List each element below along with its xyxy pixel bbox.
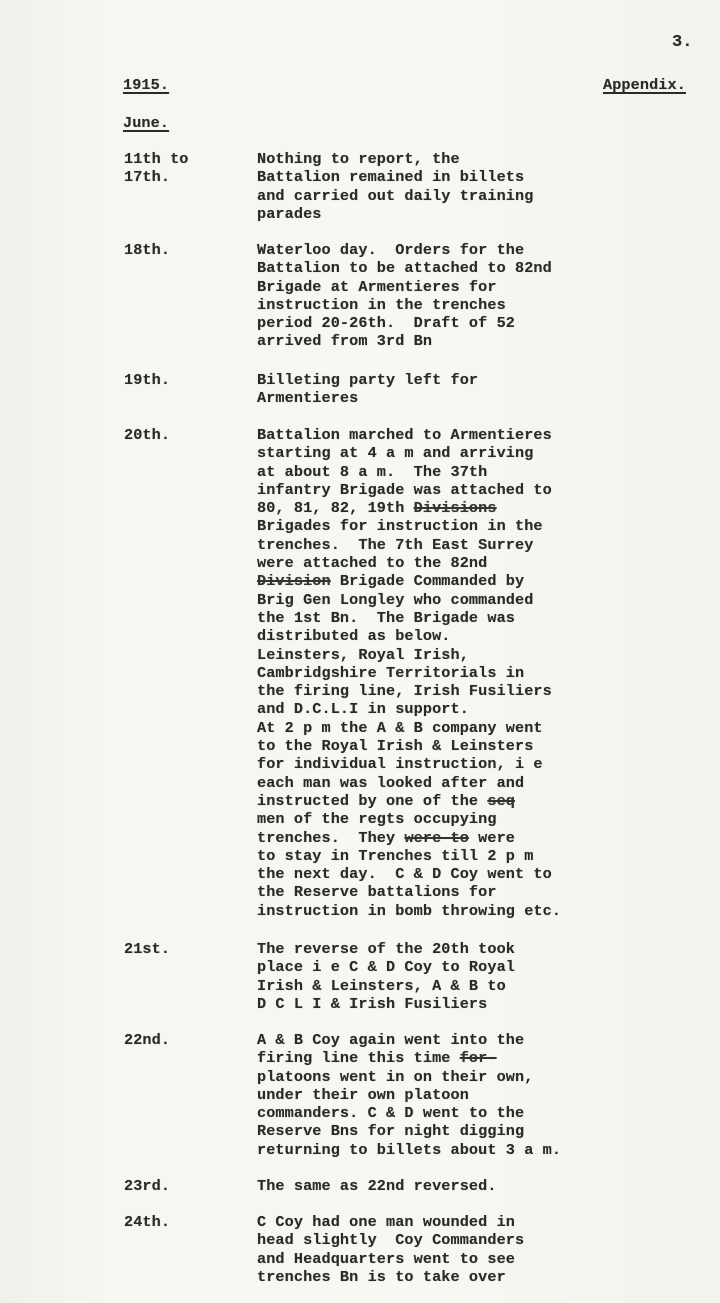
struck-out-text: Divisions xyxy=(414,499,497,517)
entry-text-line: Waterloo day. Orders for the xyxy=(257,241,552,259)
entry-text-line: firing line this time for- xyxy=(257,1049,561,1067)
appendix-heading: Appendix. xyxy=(603,76,686,94)
entry-text-line: under their own platoon xyxy=(257,1086,561,1104)
entry-text-line: each man was looked after and xyxy=(257,774,561,792)
entry-text-line: D C L I & Irish Fusiliers xyxy=(257,995,515,1013)
document-page: 3. 1915. Appendix. June. 11th to17th.Not… xyxy=(0,0,720,1303)
entry-text-line: and D.C.L.I in support. xyxy=(257,700,561,718)
entry-text-line: Billeting party left for xyxy=(257,371,478,389)
entry-text: Waterloo day. Orders for theBattalion to… xyxy=(257,241,552,351)
entry-text-line: A & B Coy again went into the xyxy=(257,1031,561,1049)
entry-text: The reverse of the 20th tookplace i e C … xyxy=(257,940,515,1013)
entry-text: C Coy had one man wounded inhead slightl… xyxy=(257,1213,524,1286)
entry-date: 21st. xyxy=(124,940,170,958)
entry-text-line: instruction in bomb throwing etc. xyxy=(257,902,561,920)
entry-text-line: The same as 22nd reversed. xyxy=(257,1177,497,1195)
entry-date-line: 17th. xyxy=(124,168,189,186)
entry-text-line: Irish & Leinsters, A & B to xyxy=(257,977,515,995)
entry-text-line: at about 8 a m. The 37th xyxy=(257,463,561,481)
entry-text: Battalion marched to Armentieresstarting… xyxy=(257,426,561,920)
entry-text-line: Brig Gen Longley who commanded xyxy=(257,591,561,609)
entry-text: Nothing to report, theBattalion remained… xyxy=(257,150,533,223)
entry-date-line: 23rd. xyxy=(124,1177,170,1195)
entry-text-line: The reverse of the 20th took xyxy=(257,940,515,958)
entry-date: 22nd. xyxy=(124,1031,170,1049)
struck-out-text: were-to xyxy=(404,829,469,847)
entry-text-line: trenches. The 7th East Surrey xyxy=(257,536,561,554)
entry-text-line: C Coy had one man wounded in xyxy=(257,1213,524,1231)
entry-text-line: were attached to the 82nd xyxy=(257,554,561,572)
entry-date: 23rd. xyxy=(124,1177,170,1195)
entry-date-line: 18th. xyxy=(124,241,170,259)
entry-text-line: platoons went in on their own, xyxy=(257,1068,561,1086)
entry-text-line: place i e C & D Coy to Royal xyxy=(257,958,515,976)
entry-date: 20th. xyxy=(124,426,170,444)
entry-date: 18th. xyxy=(124,241,170,259)
entry-text: The same as 22nd reversed. xyxy=(257,1177,497,1195)
entry-text-line: 80, 81, 82, 19th Divisions xyxy=(257,499,561,517)
entry-text-line: parades xyxy=(257,205,533,223)
entry-text-line: arrived from 3rd Bn xyxy=(257,332,552,350)
entry-text-line: the next day. C & D Coy went to xyxy=(257,865,561,883)
entry-text-line: head slightly Coy Commanders xyxy=(257,1231,524,1249)
entry-text-line: returning to billets about 3 a m. xyxy=(257,1141,561,1159)
entry-text-line: At 2 p m the A & B company went xyxy=(257,719,561,737)
entry-text-line: commanders. C & D went to the xyxy=(257,1104,561,1122)
entry-text-line: Division Brigade Commanded by xyxy=(257,572,561,590)
entry-text-line: Battalion remained in billets xyxy=(257,168,533,186)
entry-date-line: 20th. xyxy=(124,426,170,444)
entry-text-line: Battalion marched to Armentieres xyxy=(257,426,561,444)
month-heading: June. xyxy=(123,114,169,132)
entry-text-line: instructed by one of the seq xyxy=(257,792,561,810)
entry-date-line: 21st. xyxy=(124,940,170,958)
entry-text-line: men of the regts occupying xyxy=(257,810,561,828)
struck-out-text: seq xyxy=(487,792,515,810)
entry-date-line: 11th to xyxy=(124,150,189,168)
entry-text-line: and carried out daily training xyxy=(257,187,533,205)
entry-text-line: distributed as below. xyxy=(257,627,561,645)
entry-text-line: infantry Brigade was attached to xyxy=(257,481,561,499)
entry-text-line: Brigade at Armentieres for xyxy=(257,278,552,296)
entry-date-line: 22nd. xyxy=(124,1031,170,1049)
entry-text-line: and Headquarters went to see xyxy=(257,1250,524,1268)
entry-text: Billeting party left forArmentieres xyxy=(257,371,478,408)
entry-date-line: 19th. xyxy=(124,371,170,389)
entry-text-line: Nothing to report, the xyxy=(257,150,533,168)
entry-text-line: for individual instruction, i e xyxy=(257,755,561,773)
year-heading: 1915. xyxy=(123,76,169,94)
entry-text-line: to stay in Trenches till 2 p m xyxy=(257,847,561,865)
entry-text-line: period 20-26th. Draft of 52 xyxy=(257,314,552,332)
struck-out-text: Division xyxy=(257,572,331,590)
entry-date: 19th. xyxy=(124,371,170,389)
entry-text-line: to the Royal Irish & Leinsters xyxy=(257,737,561,755)
entry-text-line: trenches Bn is to take over xyxy=(257,1268,524,1286)
entry-text-line: Reserve Bns for night digging xyxy=(257,1122,561,1140)
entry-date: 11th to17th. xyxy=(124,150,189,187)
struck-out-text: for- xyxy=(460,1049,497,1067)
entry-text-line: Battalion to be attached to 82nd xyxy=(257,259,552,277)
page-number: 3. xyxy=(672,34,693,52)
entry-text-line: the Reserve battalions for xyxy=(257,883,561,901)
entry-text-line: instruction in the trenches xyxy=(257,296,552,314)
entry-text-line: Leinsters, Royal Irish, xyxy=(257,646,561,664)
entry-text-line: the firing line, Irish Fusiliers xyxy=(257,682,561,700)
entry-date: 24th. xyxy=(124,1213,170,1231)
entry-text-line: Brigades for instruction in the xyxy=(257,517,561,535)
entry-date-line: 24th. xyxy=(124,1213,170,1231)
entry-text-line: trenches. They were-to were xyxy=(257,829,561,847)
entry-text-line: Armentieres xyxy=(257,389,478,407)
entry-text: A & B Coy again went into thefiring line… xyxy=(257,1031,561,1159)
entry-text-line: the 1st Bn. The Brigade was xyxy=(257,609,561,627)
entry-text-line: starting at 4 a m and arriving xyxy=(257,444,561,462)
entry-text-line: Cambridgshire Territorials in xyxy=(257,664,561,682)
